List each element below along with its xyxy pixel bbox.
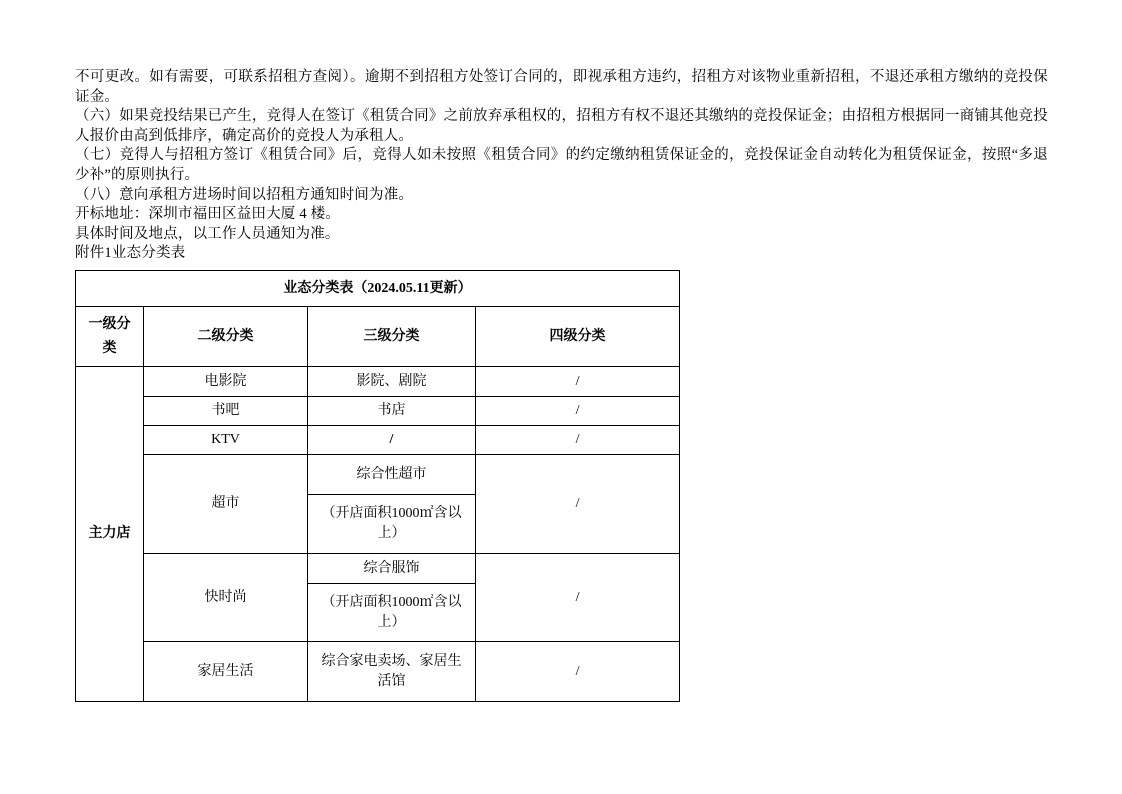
level3-cell: 综合服饰: [308, 554, 476, 584]
level4-cell: /: [476, 455, 680, 554]
header-level4-cell: 四级分类: [476, 307, 680, 367]
table-title: 业态分类表（2024.05.11更新）: [76, 271, 680, 307]
table-header-row: 一级分类 二级分类 三级分类 四级分类: [76, 307, 680, 367]
level3-cell: 综合家电卖场、家居生活馆: [308, 642, 476, 702]
table-row-ktv: KTV / /: [76, 426, 680, 455]
header-level1-cell: 一级分类: [76, 307, 144, 367]
clause-8-paragraph: （八）意向承租方进场时间以招租方通知时间为准。: [75, 186, 1048, 206]
level2-cell: 快时尚: [144, 554, 308, 642]
table-row-fastfashion: 快时尚 综合服饰 /: [76, 554, 680, 584]
level4-cell: /: [476, 426, 680, 455]
header-level2-cell: 二级分类: [144, 307, 308, 367]
level3-cell: /: [308, 426, 476, 455]
level2-cell: 书吧: [144, 397, 308, 426]
continuation-paragraph: 不可更改。如有需要，可联系招租方查阅）。逾期不到招租方处签订合同的，即视承租方违…: [75, 68, 1048, 107]
table-row-cinema: 主力店 电影院 影院、剧院 /: [76, 367, 680, 397]
level4-cell: /: [476, 642, 680, 702]
level4-cell: /: [476, 554, 680, 642]
level3-note-cell: （开店面积1000㎡含以上）: [308, 495, 476, 554]
table-row-homeliving: 家居生活 综合家电卖场、家居生活馆 /: [76, 642, 680, 702]
level3-cell: 综合性超市: [308, 455, 476, 495]
body-text-block: 不可更改。如有需要，可联系招租方查阅）。逾期不到招租方处签订合同的，即视承租方违…: [75, 68, 1048, 264]
attachment-label: 附件1业态分类表: [75, 244, 1048, 264]
table-title-row: 业态分类表（2024.05.11更新）: [76, 271, 680, 307]
level2-cell: 超市: [144, 455, 308, 554]
level4-cell: /: [476, 367, 680, 397]
primary-category-cell: 主力店: [76, 367, 144, 702]
level4-cell: /: [476, 397, 680, 426]
level2-cell: KTV: [144, 426, 308, 455]
level2-cell: 家居生活: [144, 642, 308, 702]
level3-cell: 影院、剧院: [308, 367, 476, 397]
classification-table: 业态分类表（2024.05.11更新） 一级分类 二级分类 三级分类 四级分类 …: [75, 270, 680, 702]
clause-6-paragraph: （六）如果竞投结果已产生，竞得人在签订《租赁合同》之前放弃承租权的，招租方有权不…: [75, 107, 1048, 146]
level3-cell: 书店: [308, 397, 476, 426]
header-level3-cell: 三级分类: [308, 307, 476, 367]
table-row-bookbar: 书吧 书店 /: [76, 397, 680, 426]
table-row-supermarket: 超市 综合性超市 /: [76, 455, 680, 495]
level3-note-cell: （开店面积1000㎡含以上）: [308, 584, 476, 642]
time-location-note: 具体时间及地点，以工作人员通知为准。: [75, 225, 1048, 245]
level2-cell: 电影院: [144, 367, 308, 397]
clause-7-paragraph: （七）竞得人与招租方签订《租赁合同》后，竞得人如未按照《租赁合同》的约定缴纳租赁…: [75, 146, 1048, 185]
bid-opening-address: 开标地址：深圳市福田区益田大厦 4 楼。: [75, 205, 1048, 225]
document-page: 不可更改。如有需要，可联系招租方查阅）。逾期不到招租方处签订合同的，即视承租方违…: [0, 0, 1122, 794]
